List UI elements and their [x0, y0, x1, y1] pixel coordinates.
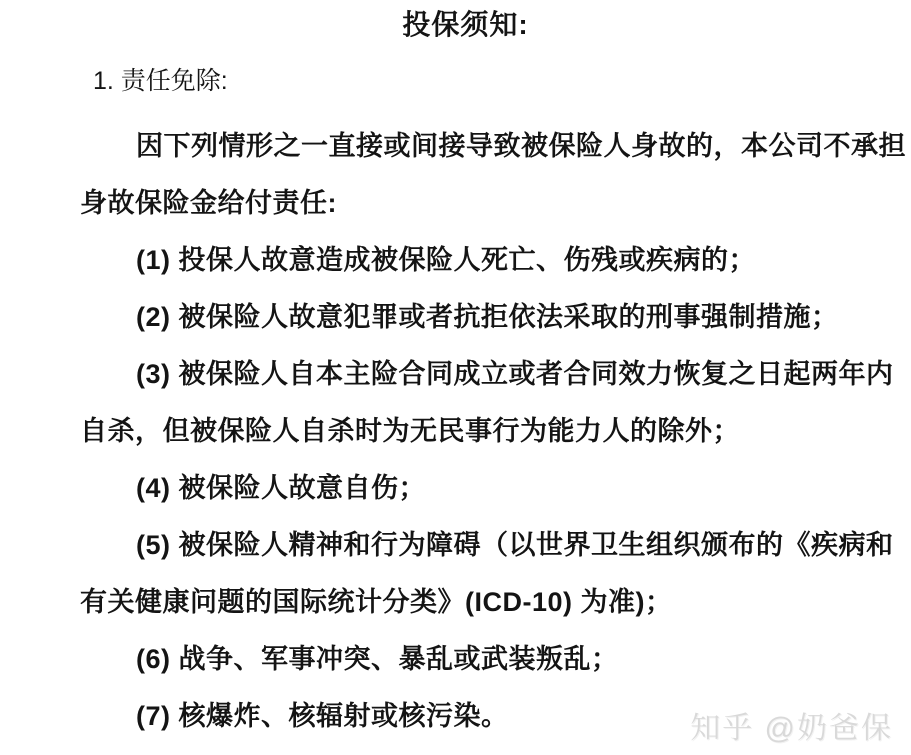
exclusion-item-2: (2) 被保险人故意犯罪或者抗拒依法采取的刑事强制措施； — [136, 289, 851, 346]
exclusion-item-3-line-1: (3) 被保险人自本主险合同成立或者合同效力恢复之日起两年内 — [136, 346, 851, 403]
document-body: 因下列情形之一直接或间接导致被保险人身故的，本公司不承担 身故保险金给付责任: … — [80, 118, 851, 745]
document-title: 投保须知: — [80, 8, 851, 42]
watermark-text: 知乎 @奶爸保 — [690, 712, 893, 745]
exclusion-item-5-line-1: (5) 被保险人精神和行为障碍（以世界卫生组织颁布的《疾病和 — [136, 517, 851, 574]
section-heading: 1. 责任免除: — [93, 66, 851, 96]
exclusion-item-3-line-2: 自杀，但被保险人自杀时为无民事行为能力人的除外； — [80, 403, 851, 460]
exclusion-item-4: (4) 被保险人故意自伤； — [136, 460, 851, 517]
watermark: 知乎 @奶爸保 — [690, 703, 893, 747]
body-line-intro-2: 身故保险金给付责任: — [80, 175, 851, 232]
document-page: 投保须知: 1. 责任免除: 因下列情形之一直接或间接导致被保险人身故的，本公司… — [0, 0, 911, 755]
exclusion-item-5-line-2: 有关健康问题的国际统计分类》(ICD-10) 为准)； — [80, 574, 851, 631]
exclusion-item-6: (6) 战争、军事冲突、暴乱或武装叛乱； — [136, 631, 851, 688]
exclusion-item-1: (1) 投保人故意造成被保险人死亡、伤残或疾病的； — [136, 232, 851, 289]
body-line-intro-1: 因下列情形之一直接或间接导致被保险人身故的，本公司不承担 — [136, 118, 851, 175]
